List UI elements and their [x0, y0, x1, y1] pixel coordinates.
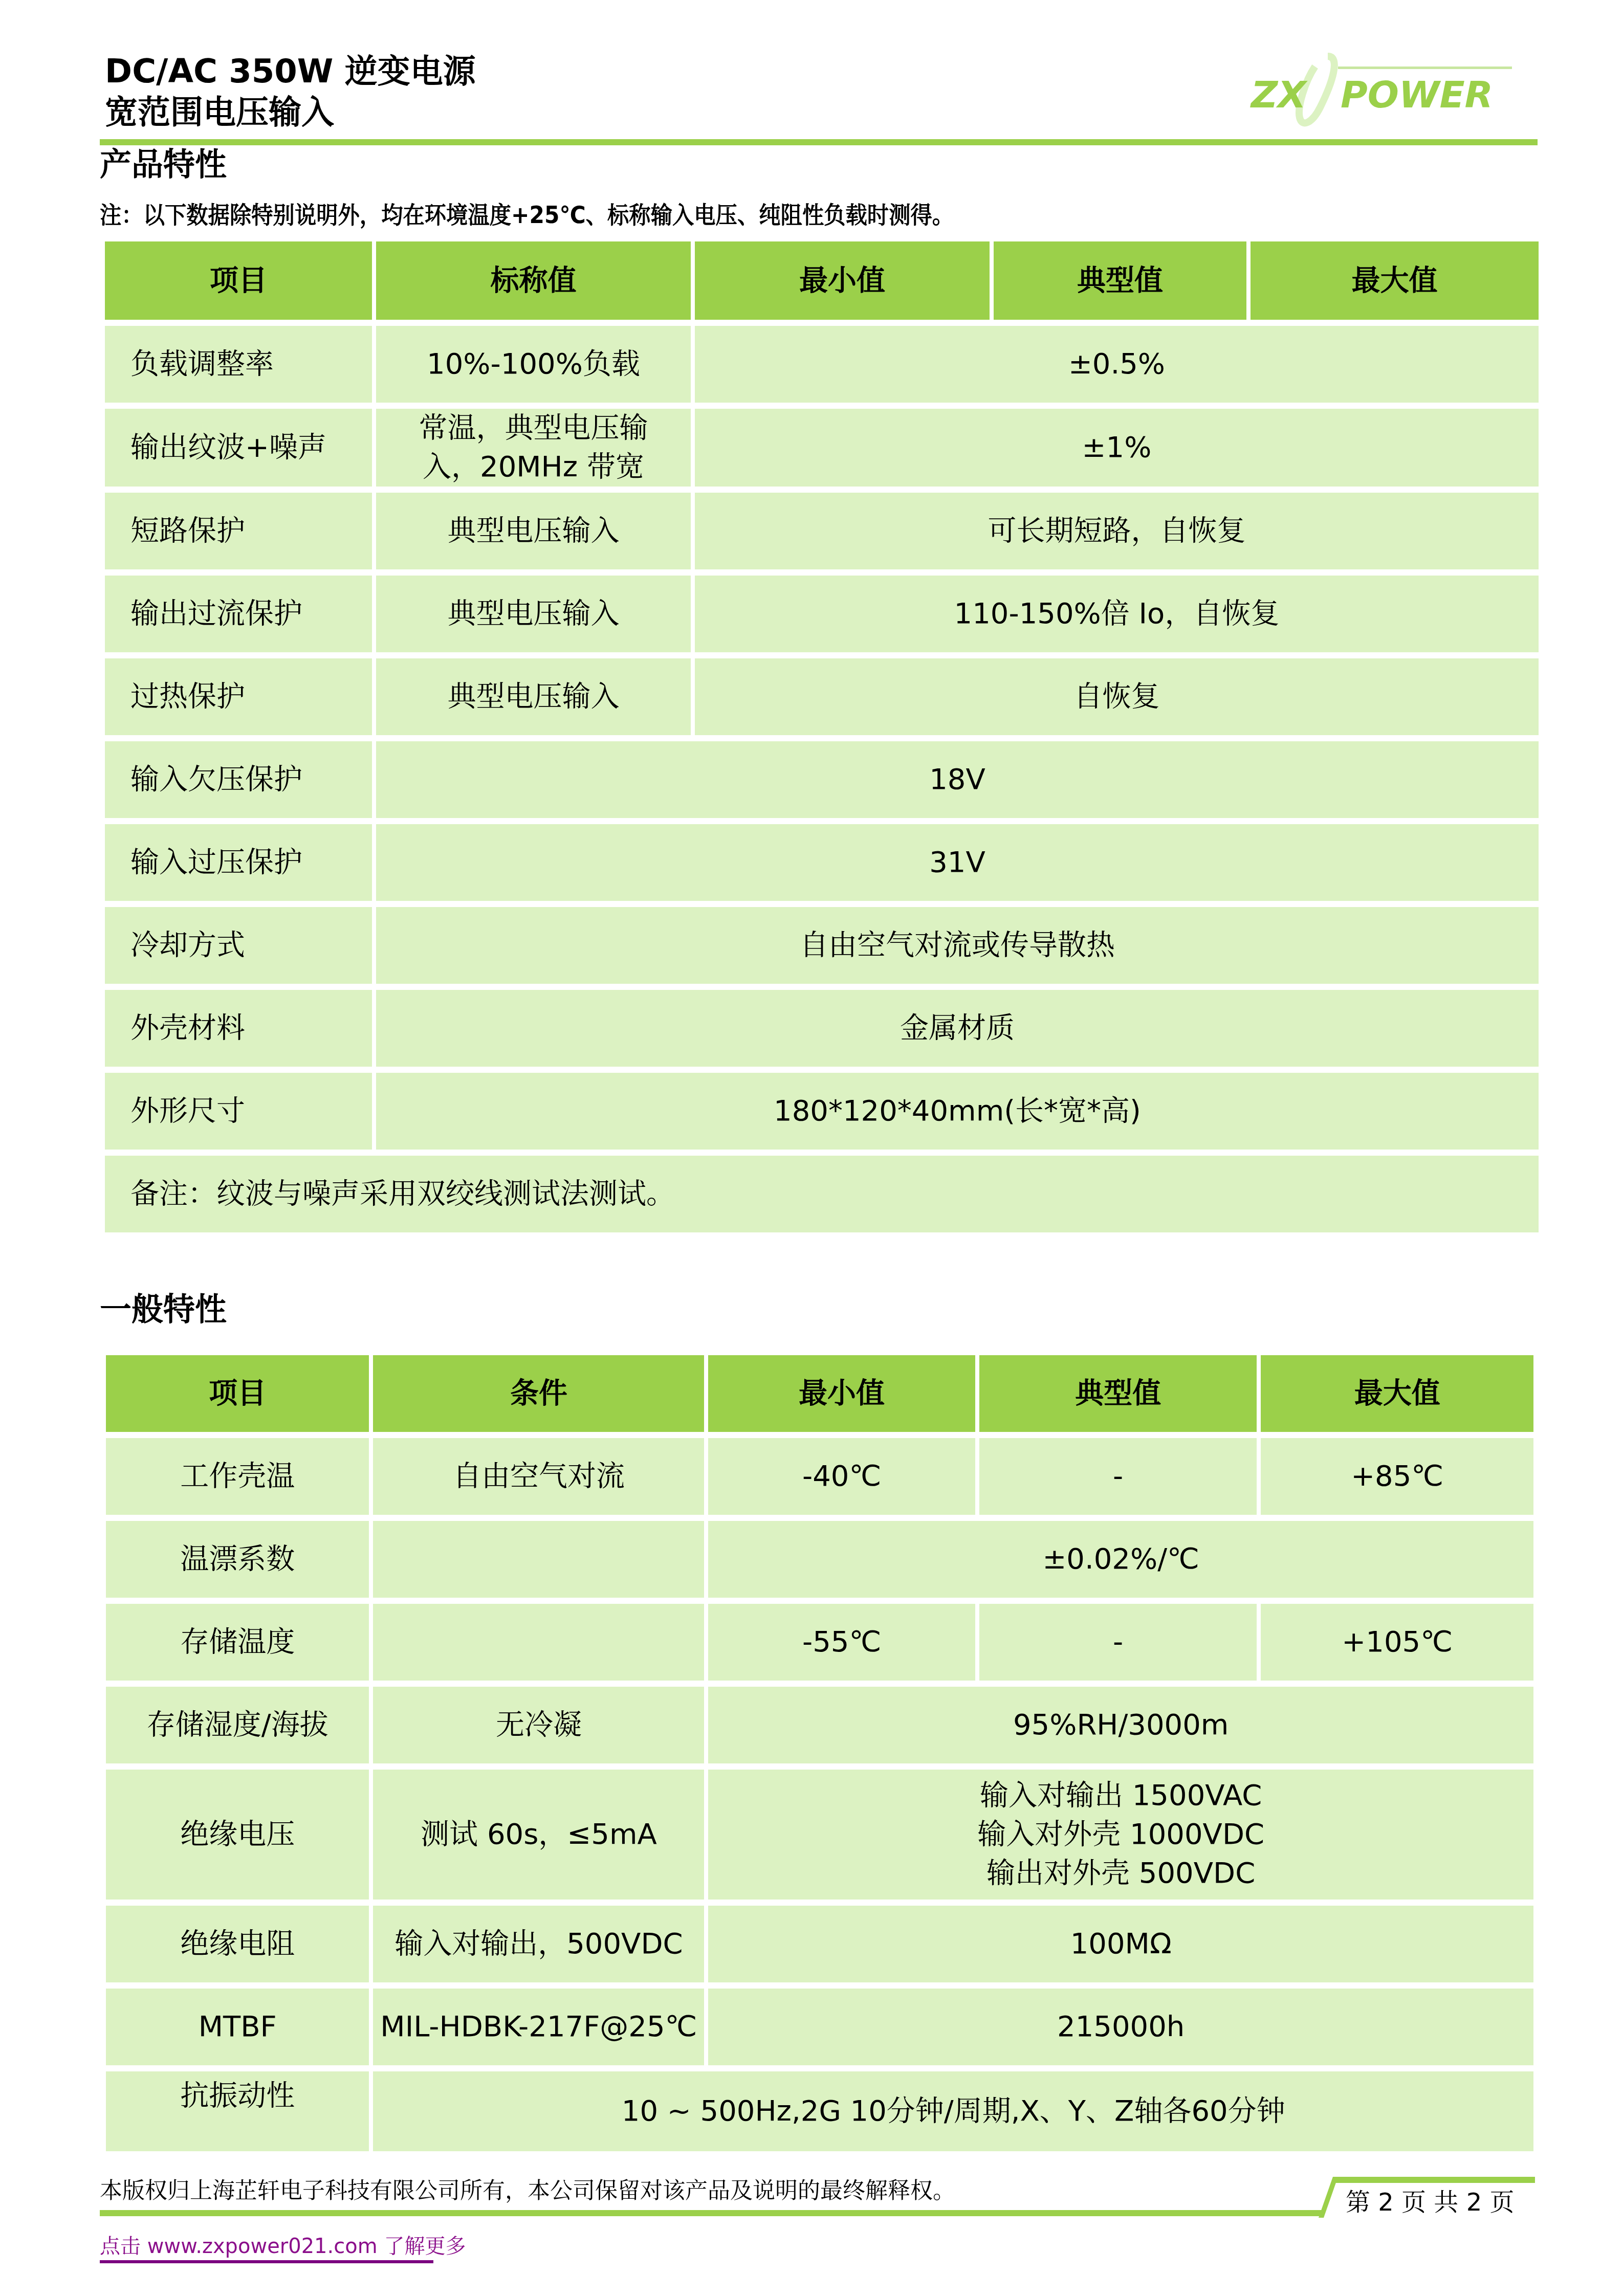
row-item: 输出过流保护: [105, 576, 372, 652]
row-condition: MIL-HDBK-217F@25℃: [373, 1989, 704, 2065]
row-max: +105℃: [1261, 1604, 1533, 1681]
row-condition: [373, 1604, 704, 1681]
row-item: 工作壳温: [106, 1438, 369, 1515]
table-row: 外形尺寸 180*120*40mm(长*宽*高): [105, 1073, 1539, 1150]
table-header-row: 项目 条件 最小值 典型值 最大值: [106, 1355, 1533, 1432]
col-header: 典型值: [979, 1355, 1257, 1432]
row-value: ±1%: [695, 409, 1539, 487]
general-spec-table: 项目 条件 最小值 典型值 最大值 工作壳温 自由空气对流 -40℃ - +85…: [102, 1349, 1538, 2157]
table-row: 抗振动性 10 ~ 500Hz,2G 10分钟/周期,X、Y、Z轴各60分钟: [106, 2071, 1533, 2151]
row-item: 绝缘电压: [106, 1770, 369, 1900]
page-current: 2: [1378, 2188, 1394, 2217]
doc-subtitle: 宽范围电压输入: [105, 92, 334, 133]
col-header: 标称值: [376, 241, 691, 320]
table-row: 绝缘电阻 输入对输出，500VDC 100MΩ: [106, 1906, 1533, 1982]
value-line: 输入对外壳 1000VDC: [708, 1815, 1533, 1854]
table-row: 存储湿度/海拔 无冷凝 95%RH/3000m: [106, 1687, 1533, 1763]
col-header: 条件: [373, 1355, 704, 1432]
footer-divider: [100, 2210, 1323, 2216]
row-condition: 无冷凝: [373, 1687, 704, 1763]
table-row: 输入欠压保护 18V: [105, 741, 1539, 818]
table-row: 短路保护 典型电压输入 可长期短路，自恢复: [105, 493, 1539, 569]
page-mid: 页 共: [1401, 2188, 1458, 2217]
row-typ: -: [979, 1438, 1257, 1515]
row-item: 负载调整率: [105, 326, 372, 403]
row-value: 180*120*40mm(长*宽*高): [376, 1073, 1539, 1150]
row-value: ±0.02%/℃: [708, 1521, 1533, 1598]
doc-title: DC/AC 350W 逆变电源: [105, 51, 476, 92]
remark-text: 备注：纹波与噪声采用双绞线测试法测试。: [105, 1156, 1539, 1232]
table-row: 温漂系数 ±0.02%/℃: [106, 1521, 1533, 1598]
row-min: -55℃: [708, 1604, 975, 1681]
test-conditions-note: 注：以下数据除特别说明外，均在环境温度+25℃、标称输入电压、纯阻性负载时测得。: [100, 200, 954, 230]
section-title-general: 一般特性: [100, 1289, 227, 1330]
table-row: 外壳材料 金属材质: [105, 990, 1539, 1067]
row-value: 100MΩ: [708, 1906, 1533, 1982]
row-typ: -: [979, 1604, 1257, 1681]
row-value: 自由空气对流或传导散热: [376, 907, 1539, 984]
row-max: +85℃: [1261, 1438, 1533, 1515]
footer-slant-divider-icon: [1318, 2177, 1338, 2218]
logo-swoosh-icon: ZX POWER: [1238, 51, 1535, 128]
col-header: 最小值: [695, 241, 990, 320]
row-value: 18V: [376, 741, 1539, 818]
row-min: -40℃: [708, 1438, 975, 1515]
website-link[interactable]: 点击 www.zxpower021.com 了解更多: [100, 2233, 466, 2260]
row-value: 10 ~ 500Hz,2G 10分钟/周期,X、Y、Z轴各60分钟: [373, 2071, 1533, 2151]
table-row: 输出过流保护 典型电压输入 110-150%倍 Io，自恢复: [105, 576, 1539, 652]
table-row: 过热保护 典型电压输入 自恢复: [105, 658, 1539, 735]
row-item: 外壳材料: [105, 990, 372, 1067]
footer-page-rule: [1335, 2177, 1535, 2183]
logo-power: POWER: [1341, 73, 1493, 116]
copyright-notice: 本版权归上海芷轩电子科技有限公司所有，本公司保留对该产品及说明的最终解释权。: [100, 2177, 955, 2205]
table-row: MTBF MIL-HDBK-217F@25℃ 215000h: [106, 1989, 1533, 2065]
table-row: 输出纹波+噪声 常温，典型电压输入，20MHz 带宽 ±1%: [105, 409, 1539, 487]
row-value: 输入对输出 1500VAC 输入对外壳 1000VDC 输出对外壳 500VDC: [708, 1770, 1533, 1900]
row-nominal: 常温，典型电压输入，20MHz 带宽: [376, 409, 691, 487]
row-value: ±0.5%: [695, 326, 1539, 403]
link-underline: [100, 2260, 433, 2263]
table-row: 工作壳温 自由空气对流 -40℃ - +85℃: [106, 1438, 1533, 1515]
table-row: 冷却方式 自由空气对流或传导散热: [105, 907, 1539, 984]
row-item: 温漂系数: [106, 1521, 369, 1598]
row-item: 存储湿度/海拔: [106, 1687, 369, 1763]
row-item: 输入欠压保护: [105, 741, 372, 818]
row-item: 存储温度: [106, 1604, 369, 1681]
row-value: 金属材质: [376, 990, 1539, 1067]
zxpower-logo: ZX POWER: [1238, 51, 1535, 128]
page-total: 2: [1466, 2188, 1482, 2217]
row-condition: [373, 1521, 704, 1598]
row-value: 215000h: [708, 1989, 1533, 2065]
row-value: 110-150%倍 Io，自恢复: [695, 576, 1539, 652]
row-condition: 自由空气对流: [373, 1438, 704, 1515]
product-spec-table: 项目 标称值 最小值 典型值 最大值 负载调整率 10%-100%负载 ±0.5…: [101, 235, 1543, 1239]
row-nominal: 典型电压输入: [376, 576, 691, 652]
logo-zx: ZX: [1250, 73, 1308, 116]
page-suffix: 页: [1489, 2188, 1514, 2217]
table-row: 存储温度 -55℃ - +105℃: [106, 1604, 1533, 1681]
table-remark-row: 备注：纹波与噪声采用双绞线测试法测试。: [105, 1156, 1539, 1232]
col-header: 最大值: [1261, 1355, 1533, 1432]
col-header: 项目: [106, 1355, 369, 1432]
row-item: MTBF: [106, 1989, 369, 2065]
row-value: 可长期短路，自恢复: [695, 493, 1539, 569]
row-nominal: 10%-100%负载: [376, 326, 691, 403]
col-header: 项目: [105, 241, 372, 320]
row-nominal: 典型电压输入: [376, 658, 691, 735]
row-value: 95%RH/3000m: [708, 1687, 1533, 1763]
row-condition: 输入对输出，500VDC: [373, 1906, 704, 1982]
row-item: 冷却方式: [105, 907, 372, 984]
page-indicator: 第 2 页 共 2 页: [1346, 2187, 1514, 2218]
row-nominal: 典型电压输入: [376, 493, 691, 569]
value-line: 输出对外壳 500VDC: [708, 1854, 1533, 1893]
row-item: 抗振动性: [106, 2071, 369, 2151]
section-title-product: 产品特性: [100, 144, 227, 185]
col-header: 最大值: [1251, 241, 1539, 320]
row-value: 自恢复: [695, 658, 1539, 735]
table-row: 负载调整率 10%-100%负载 ±0.5%: [105, 326, 1539, 403]
row-condition: 测试 60s，≤5mA: [373, 1770, 704, 1900]
row-value: 31V: [376, 824, 1539, 901]
row-item: 绝缘电阻: [106, 1906, 369, 1982]
col-header: 典型值: [994, 241, 1246, 320]
value-line: 输入对输出 1500VAC: [708, 1776, 1533, 1815]
table-header-row: 项目 标称值 最小值 典型值 最大值: [105, 241, 1539, 320]
row-item: 输出纹波+噪声: [105, 409, 372, 487]
row-item: 外形尺寸: [105, 1073, 372, 1150]
table-row: 绝缘电压 测试 60s，≤5mA 输入对输出 1500VAC 输入对外壳 100…: [106, 1770, 1533, 1900]
page-prefix: 第: [1346, 2188, 1370, 2217]
row-item: 短路保护: [105, 493, 372, 569]
header-divider: [100, 139, 1538, 145]
row-item: 输入过压保护: [105, 824, 372, 901]
row-item: 过热保护: [105, 658, 372, 735]
col-header: 最小值: [708, 1355, 975, 1432]
table-row: 输入过压保护 31V: [105, 824, 1539, 901]
